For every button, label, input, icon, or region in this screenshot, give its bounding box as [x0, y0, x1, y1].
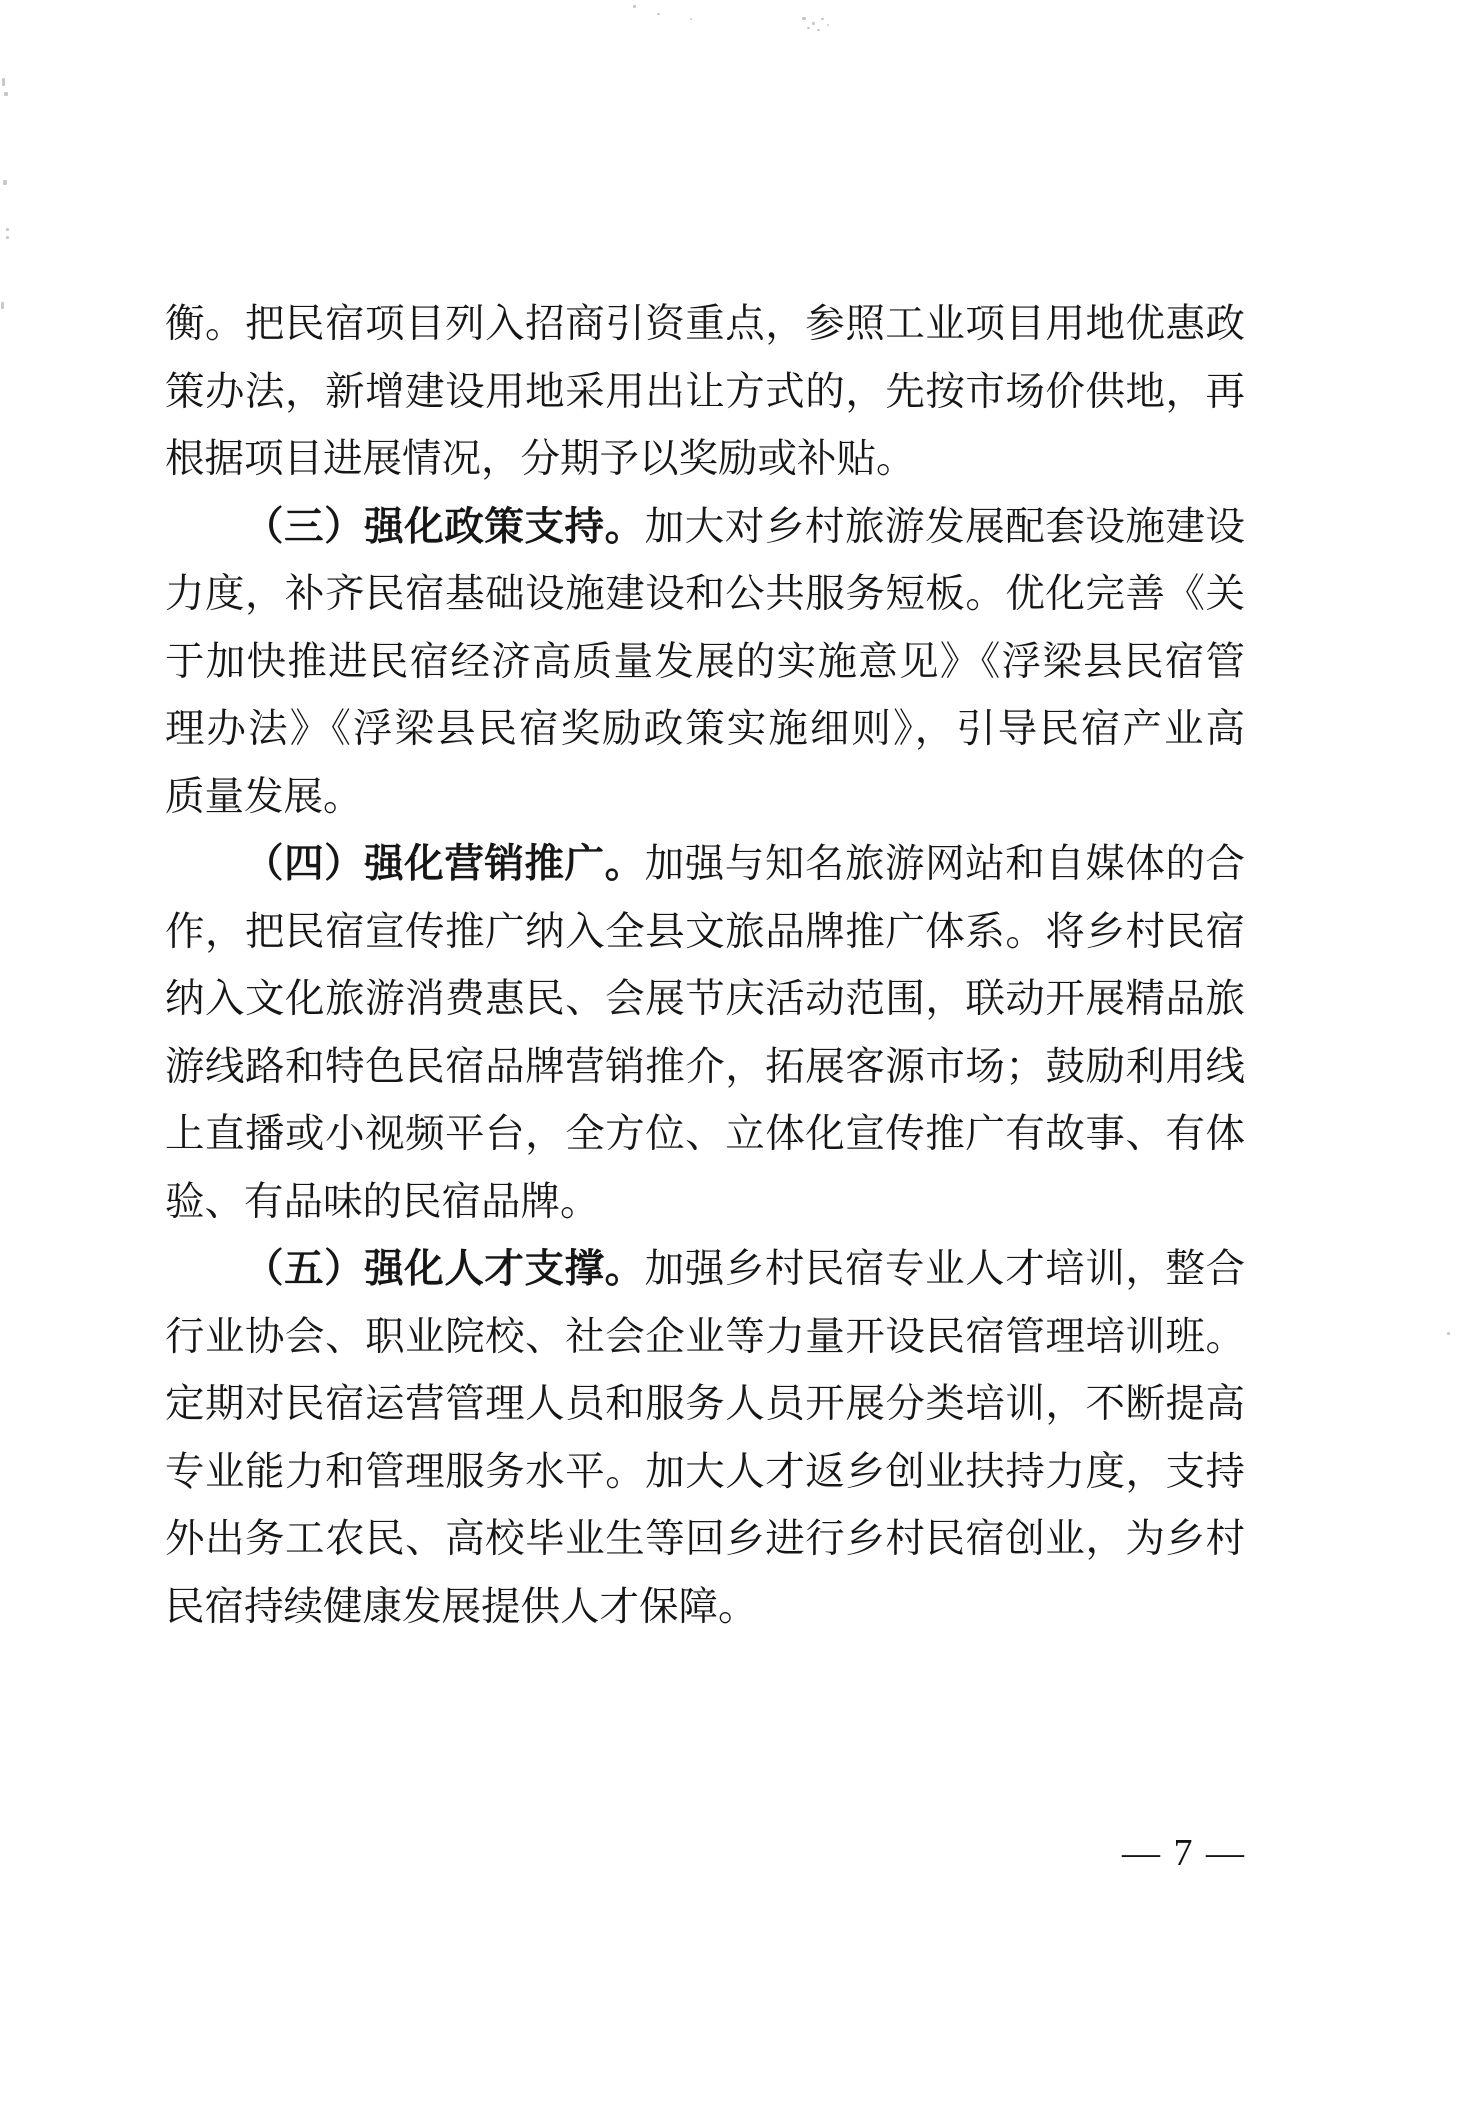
scan-noise-speck — [633, 5, 636, 8]
scan-noise-speck — [802, 17, 806, 20]
scan-noise-speck — [6, 228, 9, 231]
page-number: — 7 — — [1098, 1831, 1270, 1875]
text-line: （三）强化政策支持。加大对乡村旅游发展配套设施建设 — [165, 494, 1245, 562]
scan-noise-speck — [821, 18, 824, 20]
text-line: 外出务工农民、高校毕业生等回乡进行乡村民宿创业，为乡村 — [165, 1506, 1245, 1574]
scan-noise-speck — [827, 24, 829, 26]
scanned-document-page: 衡。把民宿项目列入招商引资重点，参照工业项目用地优惠政策办法，新增建设用地采用出… — [0, 0, 1468, 2103]
line-text: 定期对民宿运营管理人员和服务人员开展分类培训，不断提高 — [165, 1382, 1245, 1426]
paragraph: （四）强化营销推广。加强与知名旅游网站和自媒体的合作，把民宿宣传推广纳入全县文旅… — [165, 831, 1245, 1236]
line-text: 衡。把民宿项目列入招商引资重点，参照工业项目用地优惠政 — [165, 302, 1245, 346]
scan-noise-speck — [812, 22, 815, 25]
paragraph-lead: （三）强化政策支持。 — [244, 505, 645, 549]
scan-noise-speck — [1447, 1332, 1450, 1335]
scan-noise-speck — [807, 27, 810, 29]
scan-noise-speck — [817, 29, 820, 31]
text-line: 策办法，新增建设用地采用出让方式的，先按市场价供地，再 — [165, 359, 1245, 427]
line-text: 根据项目进展情况，分期予以奖励或补贴。 — [165, 437, 916, 481]
line-text: 策办法，新增建设用地采用出让方式的，先按市场价供地，再 — [165, 370, 1245, 414]
paragraph: （五）强化人才支撑。加强乡村民宿专业人才培训，整合行业协会、职业院校、社会企业等… — [165, 1236, 1245, 1641]
paragraph-lead: （五）强化人才支撑。 — [244, 1247, 645, 1291]
line-text: 民宿持续健康发展提供人才保障。 — [165, 1585, 758, 1629]
scan-noise-speck — [657, 13, 660, 15]
line-text: 加大对乡村旅游发展配套设施建设 — [645, 505, 1245, 549]
line-text: 加强乡村民宿专业人才培训，整合 — [645, 1247, 1245, 1291]
text-line: 纳入文化旅游消费惠民、会展节庆活动范围，联动开展精品旅 — [165, 966, 1245, 1034]
line-text: 力度，补齐民宿基础设施建设和公共服务短板。优化完善《关 — [165, 572, 1245, 616]
line-text: 外出务工农民、高校毕业生等回乡进行乡村民宿创业，为乡村 — [165, 1517, 1245, 1561]
line-text: 质量发展。 — [165, 775, 363, 819]
text-line: （五）强化人才支撑。加强乡村民宿专业人才培训，整合 — [165, 1236, 1245, 1304]
line-text: 上直播或小视频平台，全方位、立体化宣传推广有故事、有体 — [165, 1112, 1245, 1156]
scan-noise-speck — [3, 180, 7, 185]
line-text: 验、有品味的民宿品牌。 — [165, 1180, 600, 1224]
line-text: 作，把民宿宣传推广纳入全县文旅品牌推广体系。将乡村民宿 — [165, 910, 1245, 954]
text-line: 游线路和特色民宿品牌营销推介，拓展客源市场；鼓励利用线 — [165, 1034, 1245, 1102]
text-line: 理办法》《浮梁县民宿奖励政策实施细则》，引导民宿产业高 — [165, 696, 1245, 764]
text-line: 民宿持续健康发展提供人才保障。 — [165, 1574, 1245, 1642]
line-text: 纳入文化旅游消费惠民、会展节庆活动范围，联动开展精品旅 — [165, 977, 1245, 1021]
text-line: 于加快推进民宿经济高质量发展的实施意见》《浮梁县民宿管 — [165, 629, 1245, 697]
text-line: （四）强化营销推广。加强与知名旅游网站和自媒体的合 — [165, 831, 1245, 899]
text-line: 质量发展。 — [165, 764, 1245, 832]
text-line: 专业能力和管理服务水平。加大人才返乡创业扶持力度，支持 — [165, 1439, 1245, 1507]
text-line: 定期对民宿运营管理人员和服务人员开展分类培训，不断提高 — [165, 1371, 1245, 1439]
line-text: 游线路和特色民宿品牌营销推介，拓展客源市场；鼓励利用线 — [165, 1045, 1245, 1089]
paragraph: （三）强化政策支持。加大对乡村旅游发展配套设施建设力度，补齐民宿基础设施建设和公… — [165, 494, 1245, 832]
line-text: 行业协会、职业院校、社会企业等力量开设民宿管理培训班。 — [165, 1315, 1245, 1359]
scan-noise-speck — [690, 18, 692, 20]
text-line: 验、有品味的民宿品牌。 — [165, 1169, 1245, 1237]
line-text: 加强与知名旅游网站和自媒体的合 — [645, 842, 1245, 886]
text-line: 根据项目进展情况，分期予以奖励或补贴。 — [165, 426, 1245, 494]
text-line: 力度，补齐民宿基础设施建设和公共服务短板。优化完善《关 — [165, 561, 1245, 629]
text-line: 衡。把民宿项目列入招商引资重点，参照工业项目用地优惠政 — [165, 291, 1245, 359]
scan-noise-speck — [6, 236, 9, 239]
text-line: 行业协会、职业院校、社会企业等力量开设民宿管理培训班。 — [165, 1304, 1245, 1372]
line-text: 专业能力和管理服务水平。加大人才返乡创业扶持力度，支持 — [165, 1450, 1245, 1494]
scan-noise-speck — [4, 92, 8, 96]
line-text: 理办法》《浮梁县民宿奖励政策实施细则》，引导民宿产业高 — [165, 707, 1245, 751]
document-body: 衡。把民宿项目列入招商引资重点，参照工业项目用地优惠政策办法，新增建设用地采用出… — [165, 291, 1245, 1641]
paragraph-lead: （四）强化营销推广。 — [244, 842, 645, 886]
scan-noise-speck — [1, 302, 4, 309]
line-text: 于加快推进民宿经济高质量发展的实施意见》《浮梁县民宿管 — [165, 640, 1245, 684]
paragraph: 衡。把民宿项目列入招商引资重点，参照工业项目用地优惠政策办法，新增建设用地采用出… — [165, 291, 1245, 494]
text-line: 上直播或小视频平台，全方位、立体化宣传推广有故事、有体 — [165, 1101, 1245, 1169]
text-line: 作，把民宿宣传推广纳入全县文旅品牌推广体系。将乡村民宿 — [165, 899, 1245, 967]
scan-noise-speck — [2, 78, 5, 86]
